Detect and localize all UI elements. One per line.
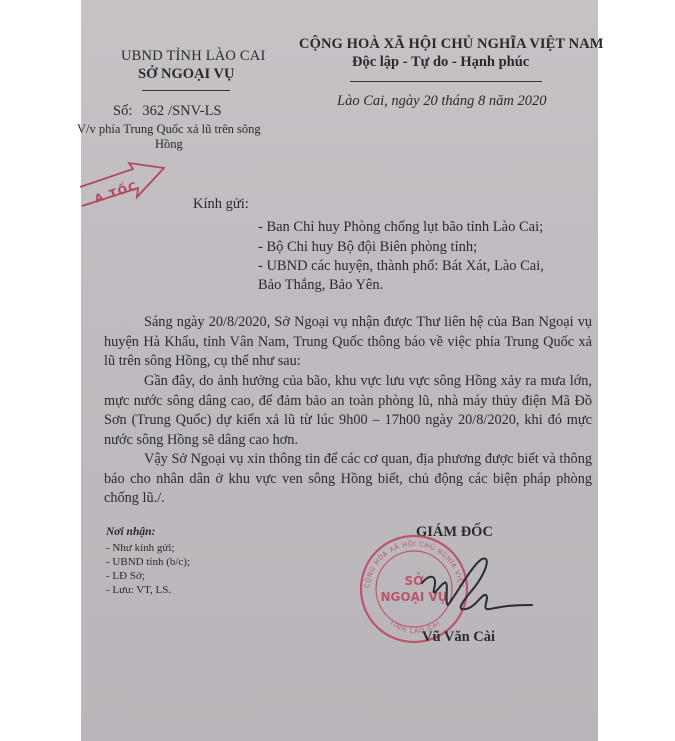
recipients-title: Nơi nhận: [106, 526, 155, 538]
recipient-item: - Như kính gửi; [106, 542, 174, 554]
document-number: Số:362/SNV-LS [113, 103, 222, 120]
signer-name: Vũ Văn Cài [422, 629, 495, 646]
body-paragraph: Vậy Sở Ngoại vụ xin thông tin để các cơ … [104, 450, 592, 509]
document-number-label: Số: [113, 103, 132, 119]
urgent-stamp-text: A TỐC [92, 177, 139, 205]
issuing-department: SỞ NGOẠI VỤ [138, 66, 234, 83]
header-divider-right [350, 81, 542, 82]
header-divider-left [142, 90, 230, 91]
document-subject-cont: Hồng [155, 137, 183, 152]
addressee-item: - UBND các huyện, thành phố: Bát Xát, Là… [258, 258, 544, 275]
issuing-authority: UBND TỈNH LÀO CAI [121, 48, 266, 65]
recipient-item: - Lưu: VT, LS. [106, 584, 171, 596]
national-motto: Độc lập - Tự do - Hạnh phúc [352, 54, 529, 71]
body-paragraph: Sáng ngày 20/8/2020, Sở Ngoại vụ nhận đư… [104, 313, 592, 372]
arrow-stamp-icon: A TỐC [80, 160, 180, 210]
salutation: Kính gửi: [193, 196, 249, 213]
national-title: CỘNG HOÀ XÃ HỘI CHỦ NGHĨA VIỆT NAM [299, 36, 604, 53]
body-paragraph: Gần đây, do ảnh hưởng của bão, khu vực l… [104, 372, 592, 450]
document-subject: V/v phía Trung Quốc xả lũ trên sông [77, 122, 261, 137]
addressee-item: - Ban Chỉ huy Phòng chống lụt bão tỉnh L… [258, 219, 543, 236]
document-number-suffix: /SNV-LS [168, 103, 221, 119]
place-date: Lào Cai, ngày 20 tháng 8 năm 2020 [337, 93, 546, 110]
recipient-item: - LĐ Sở; [106, 570, 145, 582]
addressee-item: Bảo Thắng, Bảo Yên. [258, 277, 383, 294]
addressee-item: - Bộ Chỉ huy Bộ đội Biên phòng tỉnh; [258, 239, 477, 256]
recipient-item: - UBND tỉnh (b/c); [106, 556, 190, 568]
document-number-value: 362 [142, 103, 164, 119]
handwritten-signature-icon [420, 555, 535, 625]
